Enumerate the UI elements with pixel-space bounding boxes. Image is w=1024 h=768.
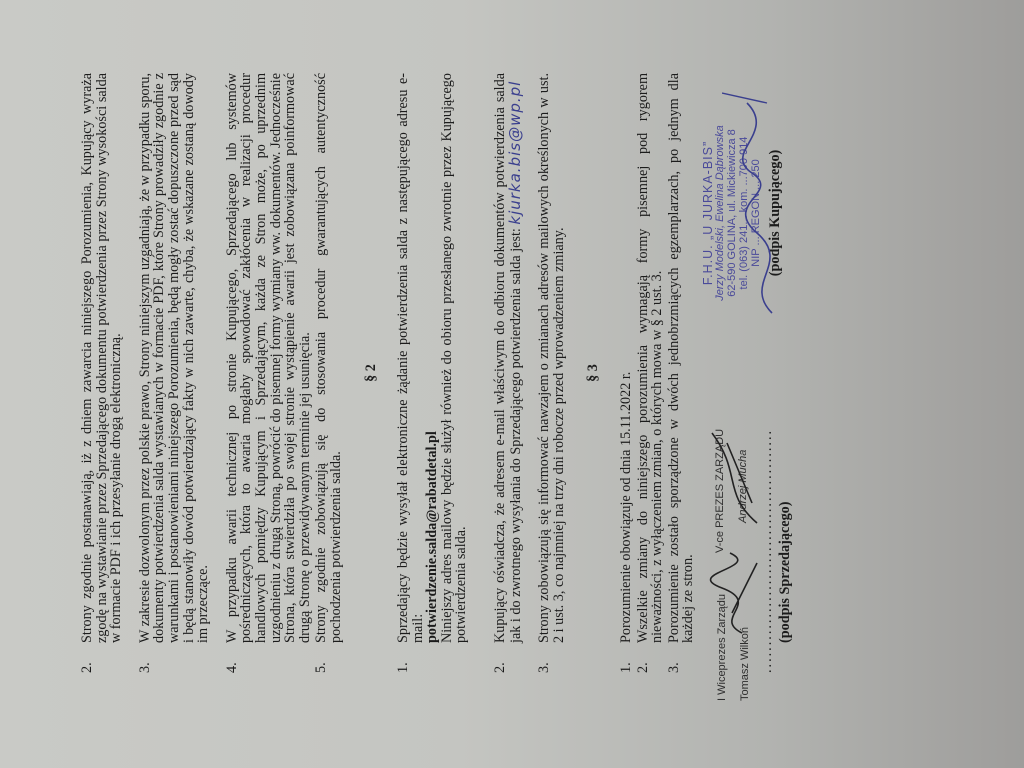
clause-text: Porozumienie obowiązuje od dnia 15.11.20…	[619, 73, 634, 643]
clause-number: 1.	[396, 643, 469, 673]
clause-text: Wszelkie zmiany do niniejszego porozumie…	[636, 73, 665, 643]
clause-3-2: 2. Wszelkie zmiany do niniejszego porozu…	[636, 73, 665, 673]
section-1-list: 2. Strony zgodnie postanawiają, iż z dni…	[80, 73, 344, 673]
clause-text: Porozumienie zostało sporządzone w dwóch…	[667, 73, 696, 643]
clause-1-2: 2. Strony zgodnie postanawiają, iż z dni…	[80, 73, 124, 673]
clause-2-3: 3. Strony zobowiązują się informować naw…	[537, 73, 566, 673]
clause-number: 3.	[667, 643, 696, 673]
section-3-list: 1. Porozumienie obowiązuje od dnia 15.11…	[619, 73, 696, 673]
clause-2-2: 2. Kupujący oświadcza, że adresem e-mail…	[493, 73, 523, 673]
document-page: 2. Strony zgodnie postanawiają, iż z dni…	[48, 0, 778, 768]
clause-number: 1.	[619, 643, 634, 673]
buyer-signature-block: F.H.U. „U JURKA-BIS” Jerzy Modelski, Ewe…	[702, 83, 783, 343]
seller-signature-caption: (podpis Sprzedającego)	[778, 502, 793, 643]
clause-text: Strony zgodnie zobowiązują się do stosow…	[314, 73, 343, 643]
clause-number: 2.	[80, 643, 124, 673]
clause-number: 4.	[225, 643, 313, 673]
buyer-signature-scribble	[722, 83, 802, 343]
stamp-company: F.H.U. „U JURKA-BIS”	[702, 83, 714, 343]
clause-3-1: 1. Porozumienie obowiązuje od dnia 15.11…	[619, 73, 634, 673]
clause-text: Sprzedający będzie wysyłał elektroniczne…	[396, 73, 469, 643]
clause-text: W przypadku awarii technicznej po stroni…	[225, 73, 313, 643]
clause-text: Strony zgodnie postanawiają, iż z dniem …	[80, 73, 124, 643]
signature-line: ........................................…	[760, 429, 775, 673]
clause-1-3: 3. W zakresie dozwolonym przez polskie p…	[138, 73, 211, 673]
buyer-handwritten-email: kjurka.bis@wp.pl	[506, 81, 524, 225]
clause-number: 2.	[636, 643, 665, 673]
clause-2-1: 1. Sprzedający będzie wysyłał elektronic…	[396, 73, 469, 673]
clause-text: W zakresie dozwolonym przez polskie praw…	[138, 73, 211, 643]
clause-1-4: 4. W przypadku awarii technicznej po str…	[225, 73, 313, 673]
clause-number: 5.	[314, 643, 343, 673]
clause-1-5: 5. Strony zgodnie zobowiązują się do sto…	[314, 73, 343, 673]
clause-text: Kupujący oświadcza, że adresem e-mail wł…	[493, 73, 523, 643]
clause-text-part: Niniejszy adres mailowy będzie służył ró…	[439, 73, 470, 643]
section-3-title: § 3	[586, 73, 601, 673]
clause-number: 3.	[537, 643, 566, 673]
signature-area: I Wiceprezes Zarządu Tomasz Wilkoń V-ce …	[702, 73, 852, 673]
clause-3-3: 3. Porozumienie zostało sporządzone w dw…	[667, 73, 696, 673]
clause-number: 2.	[493, 643, 523, 673]
section-2-title: § 2	[364, 73, 379, 673]
clause-text: Strony zobowiązują się informować nawzaj…	[537, 73, 566, 643]
clause-text-part: Sprzedający będzie wysyłał elektroniczne…	[395, 73, 426, 643]
clause-number: 3.	[138, 643, 211, 673]
seller-email: potwierdzenie.salda@rabatdetal.pl	[424, 431, 440, 643]
